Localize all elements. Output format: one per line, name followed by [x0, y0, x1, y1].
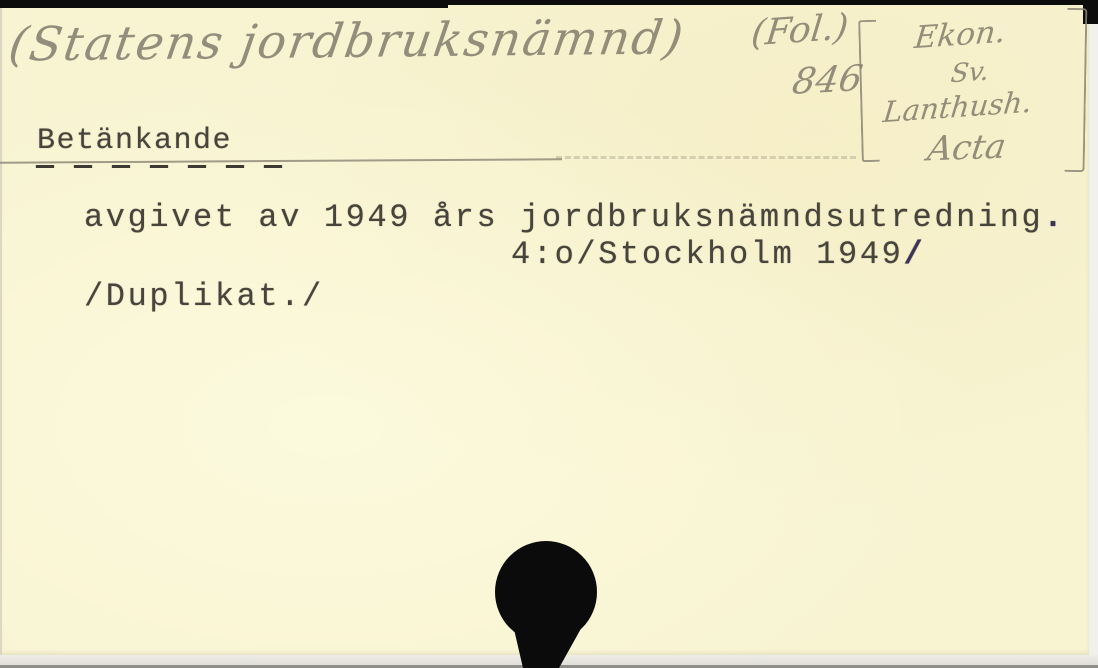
- heading-underline-dashes: — — — — — — —: [36, 150, 283, 184]
- handwritten-main-entry: (Statens jordbruksnämnd): [5, 10, 688, 72]
- handwritten-format-note: (Fol.): [749, 7, 850, 55]
- classification-close-bracket: [1065, 8, 1088, 172]
- scan-top-edge-thick: [0, 0, 448, 8]
- heading-underline-faint-dashes: [556, 156, 856, 159]
- classification-line-sv: Sv.: [949, 59, 990, 88]
- card-left-edge: [0, 0, 2, 668]
- catalog-card-scan: (Statens jordbruksnämnd) (Fol.) 846 Ekon…: [0, 0, 1098, 668]
- handwritten-shelf-number: 846: [789, 58, 865, 103]
- title-statement-period: .: [1043, 199, 1065, 236]
- punch-hole: [480, 535, 615, 668]
- classification-line-ekon: Ekon.: [913, 17, 1007, 54]
- title-statement-text: avgivet av 1949 års jordbruksnämndsutred…: [84, 199, 1043, 236]
- imprint-text: 4:o/Stockholm 1949: [511, 236, 903, 273]
- classification-line-acta: Acta: [925, 130, 1008, 167]
- duplicate-note: /Duplikat./: [84, 278, 324, 315]
- imprint-ink-slash: /: [903, 236, 925, 273]
- classification-open-bracket: [858, 20, 880, 162]
- title-statement: avgivet av 1949 års jordbruksnämndsutred…: [84, 199, 1065, 236]
- imprint-statement: 4:o/Stockholm 1949/: [511, 236, 925, 273]
